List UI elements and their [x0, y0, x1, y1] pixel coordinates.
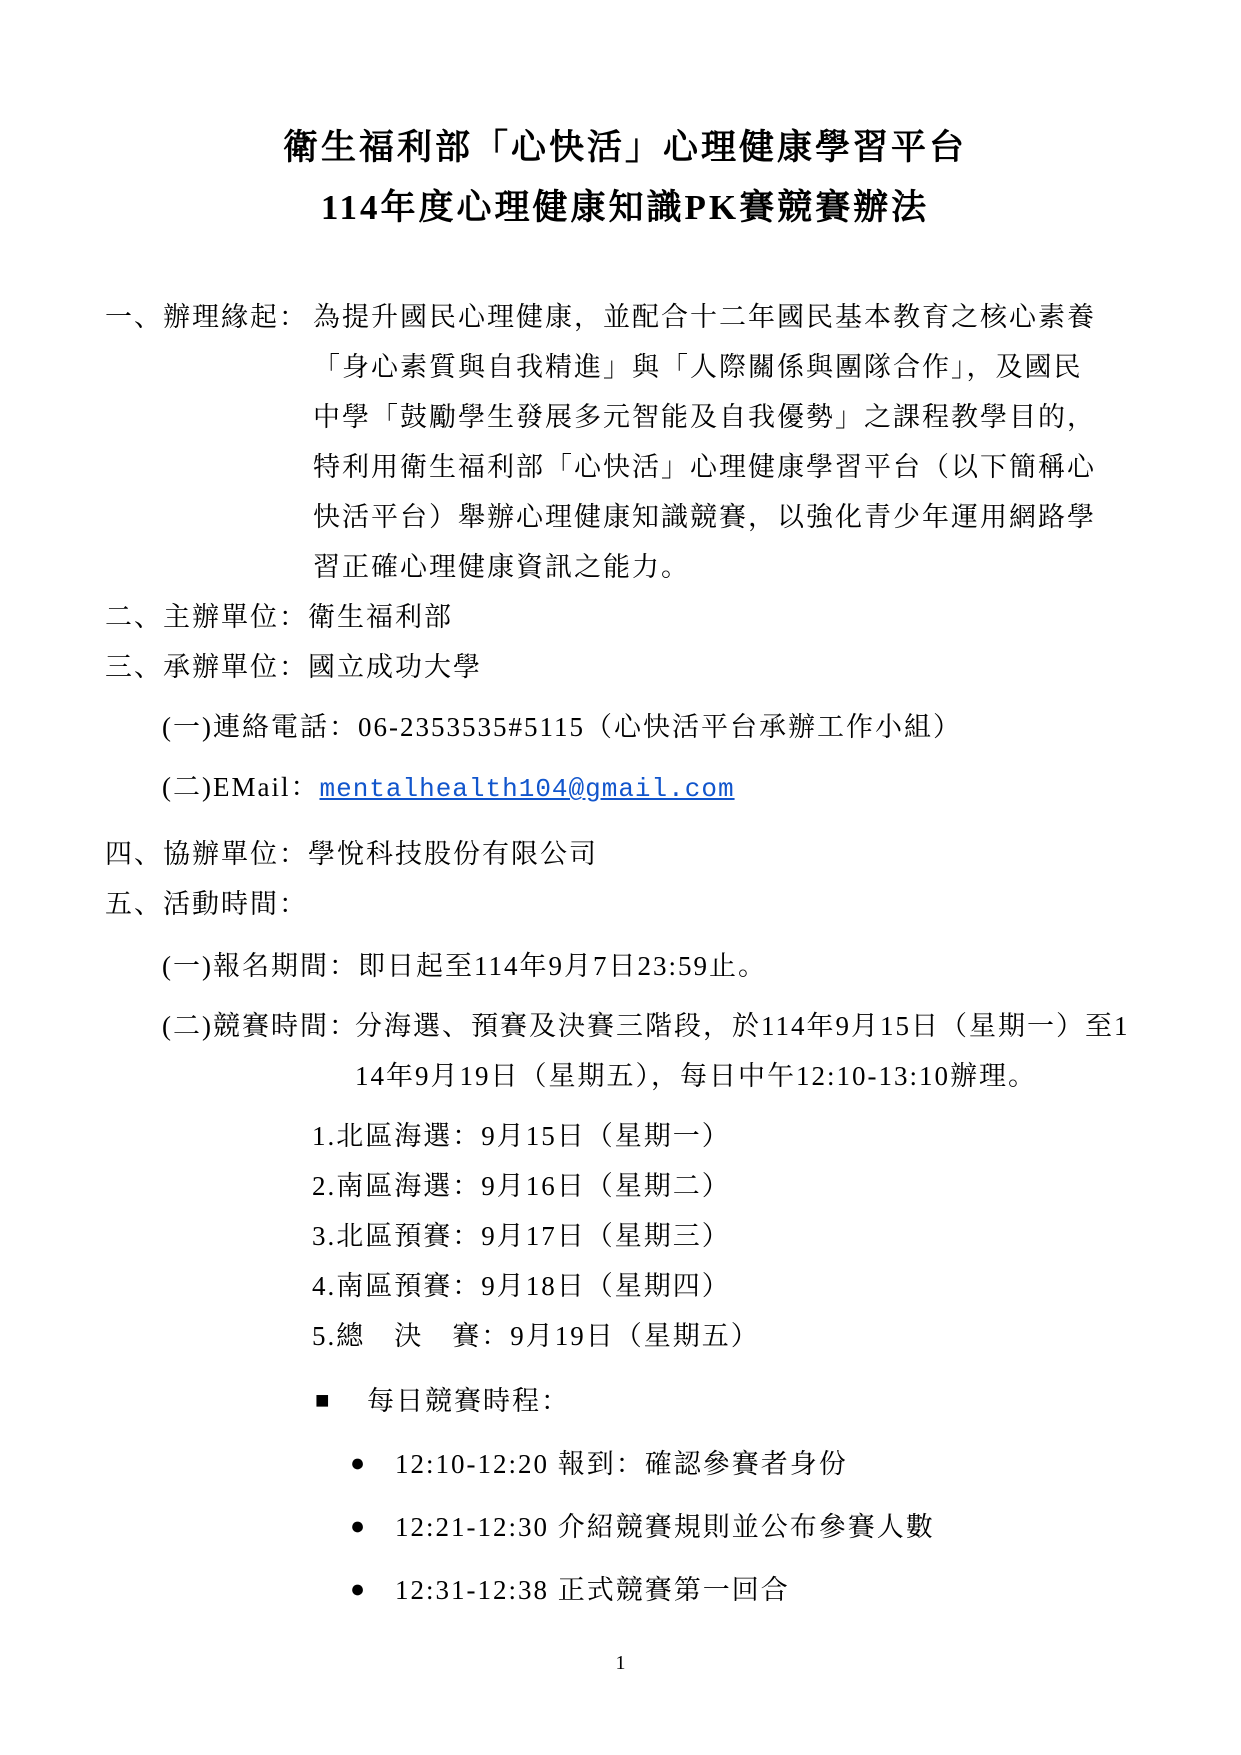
contact-email-line: (二)EMail：mentalhealth104@gmail.com — [162, 762, 1145, 814]
list-item: 3.北區預賽：9月17日（星期三） — [312, 1211, 1145, 1261]
competition-time-body: 分海選、預賽及決賽三階段，於114年9月15日（星期一）至1 14年9月19日（… — [355, 1001, 1130, 1101]
competition-time-label: (二)競賽時間： — [162, 1001, 355, 1101]
daily-schedule-item: ● 12:31-12:38 正式競賽第一回合 — [350, 1565, 1145, 1615]
list-item: 4.南區預賽：9月18日（星期四） — [312, 1261, 1145, 1311]
square-bullet-icon: ■ — [315, 1376, 367, 1426]
doc-title-line-2: 114年度心理健康知識PK賽競賽辦法 — [105, 188, 1145, 228]
list-item: 5.總 決 賽：9月19日（星期五） — [312, 1311, 1145, 1361]
section-1-label: 一、辦理緣起： — [105, 292, 313, 592]
section-5-event-time: 五、活動時間： — [105, 879, 1145, 929]
section-1-line: 特利用衛生福利部「心快活」心理健康學習平台（以下簡稱心 — [313, 442, 1145, 492]
email-label: (二)EMail： — [162, 772, 319, 802]
daily-schedule-header-text: 每日競賽時程： — [367, 1376, 570, 1426]
section-1-origin: 一、辦理緣起： 為提升國民心理健康，並配合十二年國民基本教育之核心素養 「身心素… — [105, 292, 1145, 592]
list-item: 2.南區海選：9月16日（星期二） — [312, 1161, 1145, 1211]
list-item: 1.北區海選：9月15日（星期一） — [312, 1111, 1145, 1161]
section-1-line: 中學「鼓勵學生發展多元智能及自我優勢」之課程教學目的， — [313, 392, 1145, 442]
circle-bullet-icon: ● — [350, 1502, 395, 1552]
stage-schedule-list: 1.北區海選：9月15日（星期一） 2.南區海選：9月16日（星期二） 3.北區… — [312, 1111, 1145, 1361]
competition-time-line: 分海選、預賽及決賽三階段，於114年9月15日（星期一）至1 — [355, 1001, 1130, 1051]
daily-schedule-header: ■ 每日競賽時程： — [315, 1376, 1145, 1426]
email-link[interactable]: mentalhealth104@gmail.com — [319, 774, 734, 804]
daily-schedule-item: ● 12:21-12:30 介紹競賽規則並公布參賽人數 — [350, 1502, 1145, 1552]
section-1-line: 「身心素質與自我精進」與「人際關係與團隊合作」，及國民 — [313, 342, 1145, 392]
section-1-line: 習正確心理健康資訊之能力。 — [313, 542, 1145, 592]
section-1-line: 為提升國民心理健康，並配合十二年國民基本教育之核心素養 — [313, 292, 1145, 342]
document-page: 衛生福利部「心快活」心理健康學習平台 114年度心理健康知識PK賽競賽辦法 一、… — [0, 0, 1241, 1755]
section-2-organizer: 二、主辦單位：衛生福利部 — [105, 592, 1145, 642]
circle-bullet-icon: ● — [350, 1439, 395, 1489]
section-3-undertaker: 三、承辦單位：國立成功大學 — [105, 642, 1145, 692]
competition-time-item: (二)競賽時間： 分海選、預賽及決賽三階段，於114年9月15日（星期一）至1 … — [162, 1001, 1145, 1101]
daily-schedule-text: 12:10-12:20 報到：確認參賽者身份 — [395, 1439, 848, 1489]
contact-phone-line: (一)連絡電話：06-2353535#5115（心快活平台承辦工作小組） — [162, 702, 1145, 752]
circle-bullet-icon: ● — [350, 1565, 395, 1615]
daily-schedule-item: ● 12:10-12:20 報到：確認參賽者身份 — [350, 1439, 1145, 1489]
doc-title-line-1: 衛生福利部「心快活」心理健康學習平台 — [105, 128, 1145, 168]
section-1-line: 快活平台）舉辦心理健康知識競賽，以強化青少年運用網路學 — [313, 492, 1145, 542]
registration-period-line: (一)報名期間：即日起至114年9月7日23:59止。 — [162, 941, 1145, 991]
daily-schedule-text: 12:31-12:38 正式競賽第一回合 — [395, 1565, 790, 1615]
competition-time-line: 14年9月19日（星期五），每日中午12:10-13:10辦理。 — [355, 1051, 1130, 1101]
section-4-co-organizer: 四、協辦單位：學悅科技股份有限公司 — [105, 829, 1145, 879]
section-1-body: 為提升國民心理健康，並配合十二年國民基本教育之核心素養 「身心素質與自我精進」與… — [313, 292, 1145, 592]
daily-schedule-text: 12:21-12:30 介紹競賽規則並公布參賽人數 — [395, 1502, 935, 1552]
document-content: 衛生福利部「心快活」心理健康學習平台 114年度心理健康知識PK賽競賽辦法 一、… — [0, 0, 1241, 1615]
page-number: 1 — [0, 1652, 1241, 1675]
